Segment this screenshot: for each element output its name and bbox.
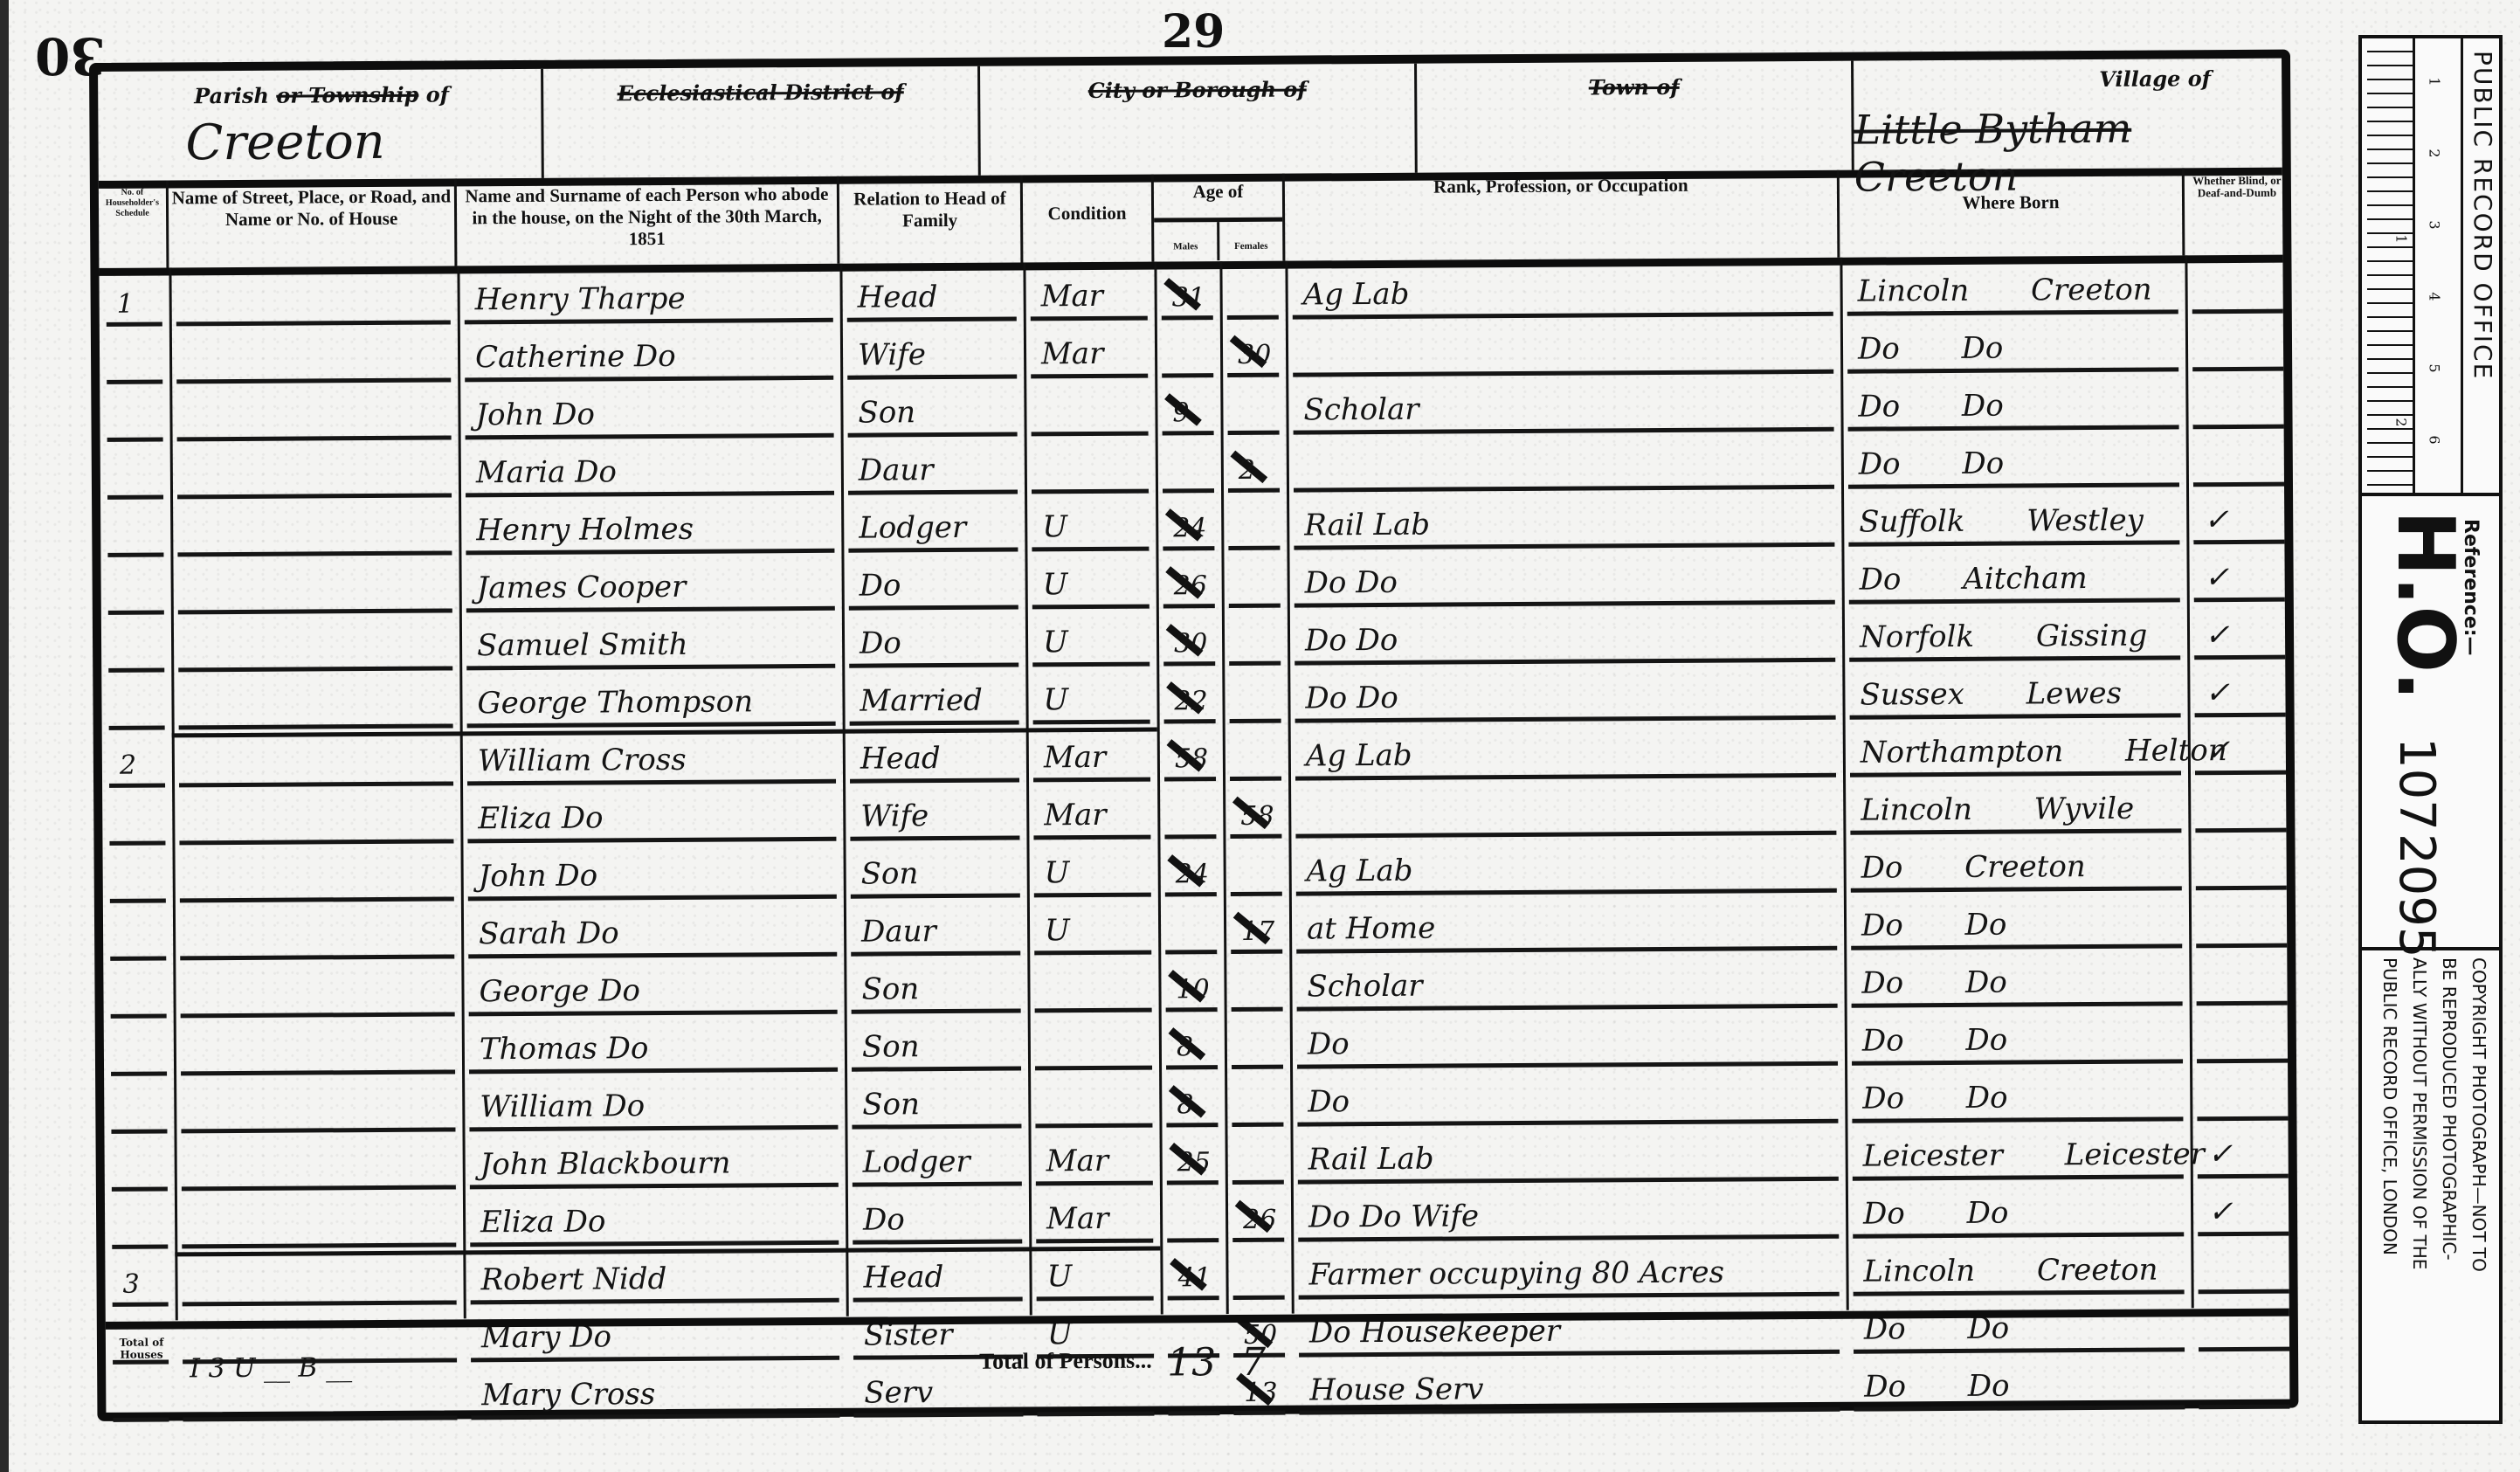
- age-m-text: 25: [1177, 1147, 1211, 1178]
- name-text: Eliza Do: [480, 1204, 606, 1240]
- ruler-inch-label: 1: [2393, 234, 2410, 243]
- condition-text: U: [1043, 625, 1068, 660]
- name-text: Thomas Do: [480, 1031, 649, 1067]
- cell-agef: [1223, 730, 1288, 783]
- age-m-text: 8: [1177, 1032, 1193, 1062]
- ruler-inches: [2413, 38, 2463, 493]
- cell-agem: 22: [1156, 673, 1222, 725]
- cell-agem: 8: [1159, 1076, 1225, 1129]
- cell-street: [174, 1081, 462, 1135]
- col-where-born: Where Born: [1840, 168, 2185, 257]
- born-county: Do: [1862, 1023, 1904, 1058]
- cell-occupation: [1287, 439, 1841, 494]
- table-row: Eliza DoWifeMar58Lincoln Wyvile: [102, 782, 2286, 847]
- cell-mark: [2188, 782, 2293, 835]
- born-county: Do: [1859, 446, 1901, 481]
- born-parish: Do: [1965, 1023, 2007, 1058]
- cell-agem: 9: [1155, 384, 1220, 437]
- cell-relation: Son: [845, 1019, 1028, 1073]
- cell-street: [171, 562, 459, 616]
- cell-condition: Mar: [1024, 328, 1155, 381]
- col-age-females: Females: [1219, 222, 1282, 260]
- cell-mark: ✓: [2190, 1128, 2295, 1181]
- cell-agef: [1221, 557, 1287, 610]
- cell-occupation: Farmer occupying 80 Acres: [1291, 1246, 1846, 1302]
- column-headers: No. of Householder's Schedule Name of St…: [99, 168, 2283, 276]
- age-f-text: 2: [1239, 455, 1255, 486]
- cell-schedule: 3: [105, 1255, 175, 1308]
- cell-relation: Daur: [841, 443, 1025, 496]
- cell-agef: [1219, 269, 1285, 321]
- age-m-text: 24: [1176, 859, 1209, 889]
- cell-born: Northampton Helton: [1843, 724, 2188, 778]
- cell-agef: 30: [1220, 327, 1286, 379]
- where-born-text: Suffolk Westley: [1859, 503, 2144, 540]
- cell-agem: 24: [1156, 500, 1221, 552]
- born-parish: Do: [1961, 331, 2003, 366]
- parish-value: Creeton: [185, 114, 385, 171]
- cell-condition: U: [1025, 558, 1156, 612]
- cell-agef: [1225, 1249, 1291, 1302]
- relation-text: Head: [863, 1260, 943, 1296]
- ruler-cm-label: 6: [2427, 435, 2443, 444]
- cell-born: Do Do: [1840, 378, 2185, 432]
- cell-street: [172, 735, 460, 789]
- total-houses-label: Total of Houses: [111, 1336, 172, 1360]
- cell-schedule: 2: [102, 736, 172, 789]
- cell-mark: [2185, 263, 2289, 316]
- born-parish: Do: [1962, 389, 2004, 424]
- cell-mark: [2189, 955, 2294, 1008]
- town-label: Town of: [1589, 74, 1680, 100]
- cell-street: [173, 965, 461, 1019]
- copyright-line: BE REPRODUCED PHOTOGRAPHIC-: [2439, 957, 2460, 1261]
- ruler-cm-label: 2: [2427, 149, 2443, 157]
- cell-mark: [2191, 1243, 2296, 1296]
- ruler-cm-label: 1: [2427, 77, 2443, 86]
- table-row: George DoSon10ScholarDo Do: [103, 955, 2287, 1020]
- cell-relation: Son: [844, 962, 1027, 1015]
- cell-agem: [1157, 788, 1223, 840]
- cell-schedule: [105, 1140, 175, 1192]
- where-born-text: Do Do: [1861, 908, 2007, 943]
- born-parish: Do: [1966, 1081, 2008, 1116]
- cell-occupation: Ag Lab: [1288, 727, 1843, 783]
- cell-condition: Mar: [1029, 1192, 1160, 1246]
- occupation-text: Do Do: [1305, 565, 1398, 601]
- parish-label-end: of: [426, 81, 450, 107]
- cell-relation: Lodger: [841, 501, 1025, 554]
- cell-name: Samuel Smith: [459, 618, 842, 673]
- cell-born: Leicester Leicester: [1846, 1128, 2191, 1182]
- born-county: Lincoln: [1858, 273, 1970, 309]
- cell-occupation: Ag Lab: [1285, 266, 1840, 321]
- cell-born: Do Do: [1840, 321, 2185, 375]
- occupation-text: Do: [1308, 1084, 1350, 1119]
- table-row: William DoSon8DoDo Do: [104, 1070, 2288, 1136]
- cell-agef: [1222, 615, 1288, 667]
- cell-condition: [1027, 962, 1158, 1015]
- occupation-text: Ag Lab: [1306, 738, 1412, 774]
- cell-born: Do Creeton: [1843, 840, 2188, 894]
- cell-born: Norfolk Gissing: [1842, 609, 2187, 663]
- cell-schedule: [100, 390, 169, 443]
- occupation-text: Ag Lab: [1307, 853, 1413, 889]
- born-parish: Do: [1964, 908, 2006, 943]
- occupation-text: Scholar: [1307, 969, 1422, 1005]
- name-text: Maria Do: [476, 454, 617, 490]
- cell-mark: ✓: [2191, 1185, 2296, 1239]
- cell-street: [174, 1023, 462, 1077]
- born-parish: Westley: [2026, 503, 2144, 539]
- born-county: Do: [1863, 1196, 1905, 1231]
- name-text: John Do: [475, 397, 595, 432]
- name-text: John Do: [479, 858, 598, 894]
- born-county: Norfolk: [1860, 619, 1974, 655]
- cell-name: James Cooper: [459, 560, 841, 615]
- mark-text: ✓: [2208, 1194, 2233, 1229]
- cell-relation: Lodger: [846, 1135, 1029, 1188]
- cell-agef: [1224, 961, 1289, 1013]
- where-born-text: Do Aitcham: [1860, 561, 2088, 598]
- eccl-label: Ecclesiastical District of: [618, 79, 904, 106]
- age-m-text: 26: [1174, 570, 1207, 601]
- born-county: Lincoln: [1861, 792, 1972, 828]
- cell-occupation: Do: [1290, 1073, 1845, 1129]
- cell-schedule: [101, 621, 171, 674]
- where-born-text: Leicester Leicester: [1863, 1137, 2206, 1173]
- name-text: Eliza Do: [478, 800, 604, 836]
- col-age-males: Males: [1154, 222, 1219, 260]
- table-row: Henry HolmesLodgerU24Rail LabSuffolk Wes…: [100, 494, 2284, 559]
- col-condition: Condition: [1023, 175, 1155, 263]
- cell-occupation: Scholar: [1286, 381, 1840, 437]
- cell-schedule: [101, 679, 171, 731]
- cell-street: [169, 389, 458, 443]
- folio-number-top: 29: [1162, 5, 1225, 59]
- parish-label-struck: or Township: [276, 82, 418, 108]
- cell-name: Robert Nidd: [463, 1252, 846, 1307]
- ruler-inch-label: 2: [2393, 418, 2410, 426]
- relation-text: Do: [860, 568, 901, 603]
- cell-born: Lincoln Creeton: [1846, 1243, 2191, 1297]
- condition-text: U: [1046, 1259, 1072, 1294]
- cell-agef: [1225, 1076, 1290, 1129]
- relation-text: Daur: [859, 453, 934, 488]
- mark-text: ✓: [2206, 733, 2231, 768]
- age-f-text: 17: [1241, 916, 1274, 947]
- age-m-text: 8: [1177, 1089, 1193, 1120]
- col-relation: Relation to Head of Family: [839, 175, 1024, 263]
- cell-agef: 26: [1225, 1192, 1291, 1244]
- born-county: Northampton: [1861, 734, 2064, 770]
- where-born-text: Sussex Lewes: [1860, 676, 2122, 713]
- born-county: Do: [1860, 562, 1902, 597]
- where-born-text: Northampton Helton: [1861, 733, 2227, 771]
- col-age: Age of Males Females: [1154, 174, 1286, 262]
- cell-relation: Do: [841, 558, 1025, 612]
- age-m-text: 9: [1172, 397, 1189, 428]
- cell-schedule: [100, 448, 170, 501]
- condition-text: Mar: [1041, 336, 1104, 371]
- born-county: Leicester: [1863, 1138, 2003, 1174]
- mark-text: ✓: [2208, 1137, 2233, 1171]
- cell-mark: [2185, 321, 2290, 374]
- condition-text: U: [1045, 913, 1070, 948]
- cell-agem: [1160, 1192, 1225, 1244]
- relation-text: Head: [860, 741, 941, 777]
- occupation-text: Farmer occupying 80 Acres: [1308, 1255, 1724, 1293]
- col-street: Name of Street, Place, or Road, and Name…: [169, 178, 458, 267]
- public-record-office-strip: 12345612 PUBLIC RECORD OFFICE Reference:…: [2358, 35, 2503, 1424]
- total-males: 13: [1167, 1340, 1216, 1385]
- table-row: Catherine DoWifeMar30Do Do: [100, 321, 2283, 386]
- schedule-text: 3: [122, 1269, 139, 1300]
- cell-agem: 26: [1156, 557, 1221, 610]
- cell-relation: Head: [846, 1250, 1029, 1303]
- name-text: Samuel Smith: [477, 627, 688, 663]
- cell-schedule: [104, 1025, 174, 1077]
- total-females: 7: [1241, 1340, 1266, 1385]
- age-m-text: 24: [1173, 513, 1206, 543]
- village-value-struck: Little Bytham: [1854, 105, 2131, 154]
- relation-text: Son: [861, 971, 919, 1006]
- cell-relation: Married: [842, 674, 1025, 727]
- born-county: Do: [1858, 389, 1900, 424]
- table-row: George ThompsonMarriedU22Do DoSussex Lew…: [101, 667, 2285, 732]
- cell-occupation: at Home: [1289, 900, 1844, 956]
- cell-schedule: 1: [99, 275, 169, 328]
- cell-street: [173, 850, 461, 904]
- cell-agem: 31: [1154, 269, 1219, 321]
- relation-text: Do: [860, 625, 901, 660]
- cell-agef: [1223, 846, 1288, 898]
- pro-title: PUBLIC RECORD OFFICE: [2468, 51, 2497, 380]
- name-text: Sarah Do: [479, 916, 619, 951]
- reference-piece: 2095: [2388, 833, 2445, 958]
- born-county: Do: [1862, 1081, 1904, 1116]
- cell-occupation: Do Do: [1288, 669, 1842, 725]
- age-m-text: 22: [1174, 686, 1207, 716]
- born-county: Do: [1861, 965, 1903, 1000]
- name-text: Henry Tharpe: [475, 281, 686, 317]
- cell-mark: ✓: [2187, 667, 2292, 720]
- name-text: Catherine Do: [475, 339, 676, 375]
- relation-text: Wife: [858, 337, 926, 372]
- cell-condition: [1028, 1019, 1159, 1073]
- total-houses-value: I 3 U __ B __: [190, 1352, 352, 1384]
- cell-occupation: Do Do: [1287, 554, 1841, 610]
- reference-class: 107: [2388, 737, 2445, 831]
- name-text: George Thompson: [477, 684, 753, 721]
- relation-text: Lodger: [863, 1144, 970, 1180]
- census-enumeration-form: Parish or Township of Creeton Ecclesiast…: [89, 50, 2298, 1421]
- cell-born: Do Do: [1844, 897, 2189, 951]
- cell-name: Thomas Do: [462, 1021, 845, 1076]
- age-m-text: 10: [1176, 974, 1209, 1005]
- name-text: Henry Holmes: [476, 512, 694, 549]
- age-m-text: 58: [1175, 743, 1208, 774]
- city-label: City or Borough of: [1088, 76, 1307, 103]
- cell-agem: 24: [1157, 846, 1223, 898]
- born-county: Lincoln: [1863, 1254, 1975, 1289]
- occupation-text: Rail Lab: [1308, 1142, 1434, 1178]
- cell-street: [171, 677, 459, 731]
- condition-text: U: [1042, 509, 1067, 544]
- age-m-text: 41: [1177, 1262, 1211, 1293]
- cell-name: Maria Do: [459, 445, 841, 500]
- where-born-text: Do Do: [1862, 1023, 2008, 1059]
- cell-agef: 58: [1223, 788, 1288, 840]
- cell-born: Do Do: [1845, 1070, 2190, 1124]
- mark-text: ✓: [2204, 502, 2229, 537]
- where-born-text: Do Creeton: [1861, 849, 2086, 886]
- cell-born: Lincoln Wyvile: [1843, 782, 2188, 836]
- cell-schedule: [103, 852, 173, 904]
- cell-born: Do Do: [1841, 436, 2186, 490]
- name-text: James Cooper: [477, 570, 687, 605]
- born-parish: Creeton: [2037, 1253, 2158, 1289]
- cell-condition: Mar: [1026, 789, 1157, 842]
- cell-relation: Head: [839, 270, 1023, 323]
- occupation-text: Do Do Wife: [1308, 1199, 1479, 1234]
- born-parish: Gissing: [2036, 619, 2148, 654]
- relation-text: Do: [863, 1202, 905, 1237]
- cell-born: Do Do: [1845, 1012, 2190, 1067]
- cell-agef: [1220, 384, 1286, 437]
- cell-occupation: Do Do: [1288, 612, 1842, 667]
- mark-text: ✓: [2205, 618, 2230, 653]
- cell-name: Eliza Do: [463, 1194, 846, 1249]
- born-parish: Creeton: [2031, 273, 2152, 308]
- condition-text: Mar: [1046, 1144, 1109, 1178]
- cell-agef: 17: [1224, 903, 1289, 956]
- reference-box: Reference:— H.O. 107 2095: [2362, 493, 2499, 950]
- born-parish: Wyvile: [2034, 791, 2135, 827]
- totals-row: Total of Houses I 3 U __ B __ Total of P…: [106, 1309, 2290, 1413]
- ruler-cm-label: 3: [2427, 220, 2443, 229]
- born-parish: Do: [1962, 446, 2004, 481]
- born-county: Do: [1861, 850, 1903, 885]
- cell-street: [171, 619, 459, 674]
- cell-occupation: Scholar: [1289, 957, 1844, 1013]
- cell-relation: Daur: [844, 904, 1027, 957]
- schedule-text: 2: [120, 750, 136, 781]
- cell-condition: U: [1025, 501, 1156, 554]
- cell-mark: ✓: [2187, 609, 2292, 662]
- born-county: Sussex: [1860, 677, 1964, 713]
- cell-condition: Mar: [1023, 270, 1154, 323]
- col-name: Name and Surname of each Person who abod…: [457, 176, 840, 266]
- table-row: James CooperDoU26Do DoDo Aitcham✓: [101, 551, 2285, 617]
- col-occupation: Rank, Profession, or Occupation: [1285, 170, 1840, 261]
- where-born-text: Lincoln Wyvile: [1861, 791, 2134, 828]
- relation-text: Head: [858, 280, 938, 315]
- cell-condition: U: [1025, 674, 1156, 727]
- occupation-text: Do Do: [1305, 681, 1398, 716]
- where-born-text: Norfolk Gissing: [1860, 619, 2148, 655]
- cell-agem: [1156, 442, 1221, 494]
- total-persons-label: Total of Persons...: [979, 1348, 1152, 1375]
- occupation-text: Do: [1308, 1026, 1350, 1061]
- table-row: John DoSon9ScholarDo Do: [100, 378, 2283, 444]
- table-row: Maria DoDaur2Do Do: [100, 436, 2284, 501]
- col-blind-deaf: Whether Blind, or Deaf-and-Dumb: [2185, 168, 2290, 256]
- cell-name: Henry Holmes: [459, 502, 841, 557]
- cell-schedule: [103, 909, 173, 962]
- condition-text: U: [1045, 855, 1070, 890]
- cell-condition: U: [1025, 616, 1156, 669]
- where-born-text: Do Do: [1861, 965, 2007, 1001]
- cell-agem: 25: [1160, 1134, 1225, 1186]
- copyright-line: ALLY WITHOUT PERMISSION OF THE: [2409, 957, 2430, 1269]
- cell-relation: Son: [840, 385, 1024, 439]
- table-row: Samuel SmithDoU30Do DoNorfolk Gissing✓: [101, 609, 2285, 674]
- scan-edge: [0, 0, 9, 1472]
- condition-text: U: [1043, 682, 1068, 717]
- cell-born: Do Aitcham: [1841, 551, 2186, 605]
- where-born-text: Lincoln Creeton: [1863, 1253, 2158, 1289]
- mark-text: ✓: [2205, 560, 2230, 595]
- where-born-text: Lincoln Creeton: [1858, 273, 2152, 309]
- cell-name: John Do: [461, 848, 844, 903]
- cell-agem: 30: [1156, 615, 1222, 667]
- cell-condition: [1025, 443, 1156, 496]
- city-borough-field: City or Borough of: [980, 64, 1418, 176]
- schedule-text: 1: [117, 289, 134, 320]
- reference-series: H.O.: [2379, 510, 2471, 701]
- where-born-text: Do Do: [1858, 331, 2004, 367]
- cell-mark: [2188, 840, 2293, 893]
- condition-text: Mar: [1046, 1201, 1109, 1236]
- village-field: Village of Little Bytham Creeton: [1854, 59, 2282, 170]
- relation-text: Son: [861, 856, 919, 891]
- cell-name: John Blackbourn: [463, 1137, 846, 1192]
- cell-name: Eliza Do: [460, 791, 843, 846]
- cell-schedule: [100, 333, 169, 385]
- cell-schedule: [101, 563, 171, 616]
- occupation-text: Scholar: [1303, 392, 1419, 428]
- cell-condition: U: [1027, 847, 1158, 900]
- cell-street: [169, 273, 457, 328]
- cell-occupation: Do: [1290, 1015, 1845, 1071]
- cell-agem: 41: [1160, 1249, 1225, 1302]
- where-born-text: Do Do: [1859, 446, 2005, 482]
- cell-mark: [2190, 1012, 2295, 1066]
- table-row: John DoSonU24Ag LabDo Creeton: [103, 840, 2287, 905]
- cell-street: [172, 792, 460, 847]
- occupation-text: Do Do: [1305, 623, 1398, 659]
- where-born-text: Do Do: [1863, 1196, 2009, 1232]
- cell-mark: ✓: [2186, 494, 2291, 547]
- cell-agem: [1158, 903, 1224, 956]
- name-text: William Do: [480, 1088, 645, 1124]
- occupation-text: Ag Lab: [1303, 277, 1410, 313]
- table-row: Eliza DoDoMar26Do Do WifeDo Do✓: [105, 1185, 2289, 1251]
- born-parish: Do: [1967, 1196, 2009, 1231]
- cell-occupation: [1288, 784, 1843, 840]
- relation-text: Lodger: [859, 510, 966, 546]
- cell-born: Do Do: [1846, 1185, 2191, 1240]
- col-schedule-no: No. of Householder's Schedule: [99, 180, 169, 267]
- table-row: Thomas DoSon8DoDo Do: [104, 1012, 2288, 1078]
- cell-condition: [1028, 1077, 1159, 1130]
- cell-schedule: [105, 1198, 175, 1250]
- cell-street: [170, 446, 459, 501]
- cell-mark: ✓: [2186, 551, 2291, 605]
- cell-name: Henry Tharpe: [457, 272, 839, 327]
- cell-agem: 10: [1158, 961, 1224, 1013]
